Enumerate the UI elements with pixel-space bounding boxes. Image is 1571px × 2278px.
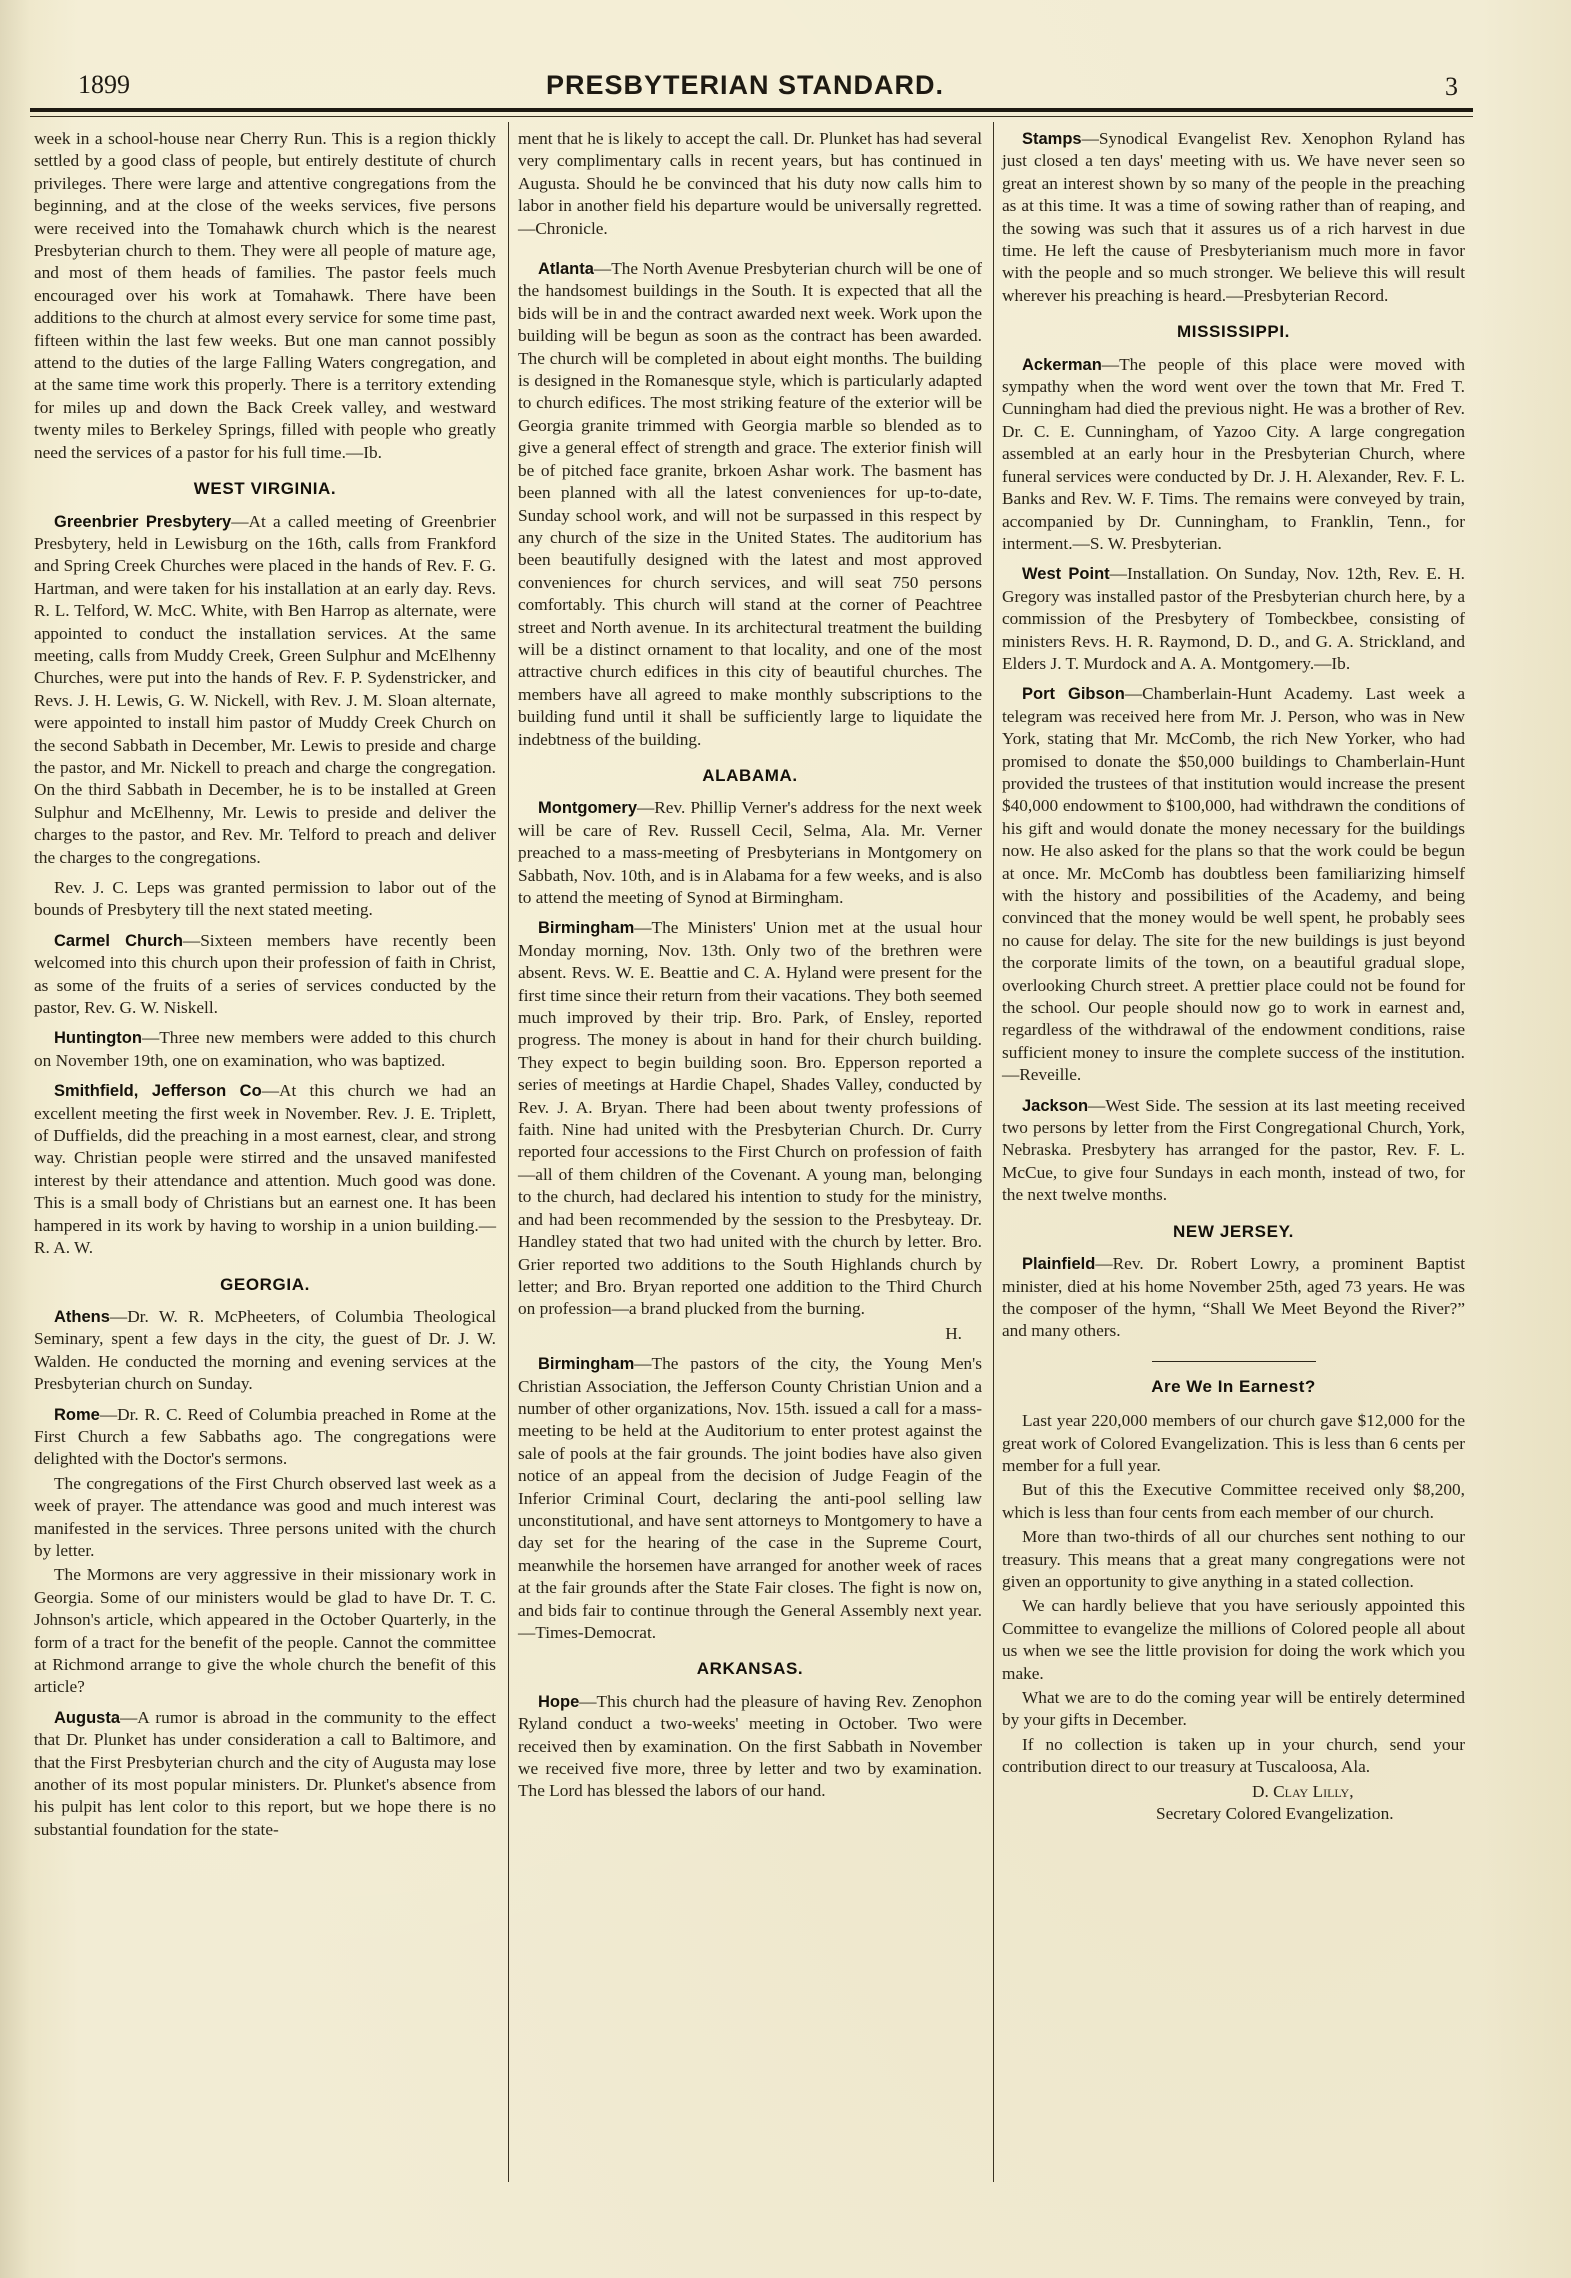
article-lead: Athens [54,1308,110,1326]
article-plainfield: Plainfield—Rev. Dr. Robert Lowry, a prom… [1002,1253,1465,1343]
article-augusta: Augusta—A rumor is abroad in the communi… [34,1707,496,1841]
article-body: —The people of this place were moved wit… [1002,355,1465,553]
article-birmingham-1: Birmingham—The Ministers' Union met at t… [518,917,982,1320]
article-lead: Smithfield, Jefferson Co [54,1082,262,1100]
article-body: —At a called meeting of Greenbrier Presb… [34,512,496,867]
earnest-paragraph-6: If no collection is taken up in your chu… [1002,1734,1465,1779]
article-lead: West Point [1022,565,1110,583]
masthead-title: PRESBYTERIAN STANDARD. [546,70,944,101]
article-lead: Port Gibson [1022,685,1125,703]
article-huntington: Huntington—Three new members were added … [34,1027,496,1072]
article-body: —At this church we had an excellent meet… [34,1081,496,1257]
article-lead: Rome [54,1406,100,1424]
article-carmel: Carmel Church—Sixteen members have recen… [34,930,496,1020]
masthead-rule-thick [30,108,1473,112]
article-montgomery: Montgomery—Rev. Phillip Verner's address… [518,797,982,909]
article-lead: Greenbrier Presbytery [54,513,231,531]
article-signature: H. [518,1323,982,1345]
column-2: ment that he is likely to accept the cal… [518,128,982,1811]
article-port-gibson: Port Gibson—Chamberlain-Hunt Academy. La… [1002,683,1465,1086]
article-lead: Ackerman [1022,356,1102,374]
article-rome-paragraph-3: The Mormons are very aggressive in their… [34,1564,496,1698]
section-heading-west-virginia: WEST VIRGINIA. [34,478,496,500]
section-heading-alabama: ALABAMA. [518,765,982,787]
article-lead: Jackson [1022,1097,1088,1115]
article-west-point: West Point—Installation. On Sunday, Nov.… [1002,563,1465,675]
article-rome: Rome—Dr. R. C. Reed of Columbia preached… [34,1404,496,1471]
article-body: —A rumor is abroad in the community to t… [34,1708,496,1839]
article-lead: Carmel Church [54,932,183,950]
section-heading-new-jersey: NEW JERSEY. [1002,1221,1465,1243]
article-rome-paragraph-2: The congregations of the First Church ob… [34,1473,496,1563]
column-divider-2 [993,122,994,2182]
article-lead: Augusta [54,1709,120,1727]
article-augusta-continuation: ment that he is likely to accept the cal… [518,128,982,240]
column-divider-1 [508,122,509,2182]
article-title-are-we-in-earnest: Are We In Earnest? [1002,1376,1465,1398]
article-lead: Montgomery [538,799,637,817]
column-3: Stamps—Synodical Evangelist Rev. Xenopho… [1002,128,1465,1833]
article-jackson: Jackson—West Side. The session at its la… [1002,1095,1465,1207]
article-body: —The North Avenue Presbyterian church wi… [518,259,982,749]
article-lead: Plainfield [1022,1255,1095,1273]
masthead: 1899 PRESBYTERIAN STANDARD. 3 [0,62,1571,112]
newspaper-page: 1899 PRESBYTERIAN STANDARD. 3 week in a … [0,0,1571,2278]
page-number: 3 [1445,72,1458,102]
article-lead: Hope [538,1693,579,1711]
earnest-paragraph-1: Last year 220,000 members of our church … [1002,1410,1465,1477]
section-heading-arkansas: ARKANSAS. [518,1658,982,1680]
article-body: —This church had the pleasure of having … [518,1692,982,1801]
article-body: —Chamberlain-Hunt Academy. Last week a t… [1002,684,1465,1084]
section-heading-mississippi: MISSISSIPPI. [1002,321,1465,343]
article-athens: Athens—Dr. W. R. McPheeters, of Columbia… [34,1306,496,1396]
signature-title: Secretary Colored Evangelization. [1156,1803,1465,1825]
column-1: week in a school-house near Cherry Run. … [34,128,496,1849]
article-lead: Atlanta [538,260,594,278]
signature-line: D. Clay Lilly, [1002,1781,1465,1803]
earnest-paragraph-5: What we are to do the coming year will b… [1002,1687,1465,1732]
earnest-paragraph-3: More than two-thirds of all our churches… [1002,1526,1465,1593]
section-heading-georgia: GEORGIA. [34,1274,496,1296]
earnest-paragraph-2: But of this the Executive Committee rece… [1002,1479,1465,1524]
signature-name: D. Clay Lilly, [1252,1781,1354,1803]
article-hope: Hope—This church had the pleasure of hav… [518,1691,982,1803]
article-lead: Birmingham [538,919,634,937]
article-ackerman: Ackerman—The people of this place were m… [1002,354,1465,556]
article-body: —The Ministers' Union met at the usual h… [518,918,982,1318]
article-smithfield: Smithfield, Jefferson Co—At this church … [34,1080,496,1259]
article-continuation: week in a school-house near Cherry Run. … [34,128,496,464]
masthead-rule-thin [30,116,1473,117]
article-body: —The pastors of the city, the Young Men'… [518,1354,982,1642]
article-lead: Birmingham [538,1355,634,1373]
earnest-paragraph-4: We can hardly believe that you have seri… [1002,1595,1465,1685]
article-separator-rule [1152,1361,1316,1362]
article-body: —Dr. R. C. Reed of Columbia preached in … [34,1405,496,1469]
article-atlanta: Atlanta—The North Avenue Presbyterian ch… [518,258,982,751]
article-body: —Synodical Evangelist Rev. Xenophon Ryla… [1002,129,1465,305]
masthead-year: 1899 [78,70,130,100]
article-lead: Huntington [54,1029,142,1047]
article-birmingham-2: Birmingham—The pastors of the city, the … [518,1353,982,1644]
article-lead: Stamps [1022,130,1082,148]
article-greenbrier: Greenbrier Presbytery—At a called meetin… [34,511,496,870]
article-stamps: Stamps—Synodical Evangelist Rev. Xenopho… [1002,128,1465,307]
article-leps: Rev. J. C. Leps was granted permission t… [34,877,496,922]
